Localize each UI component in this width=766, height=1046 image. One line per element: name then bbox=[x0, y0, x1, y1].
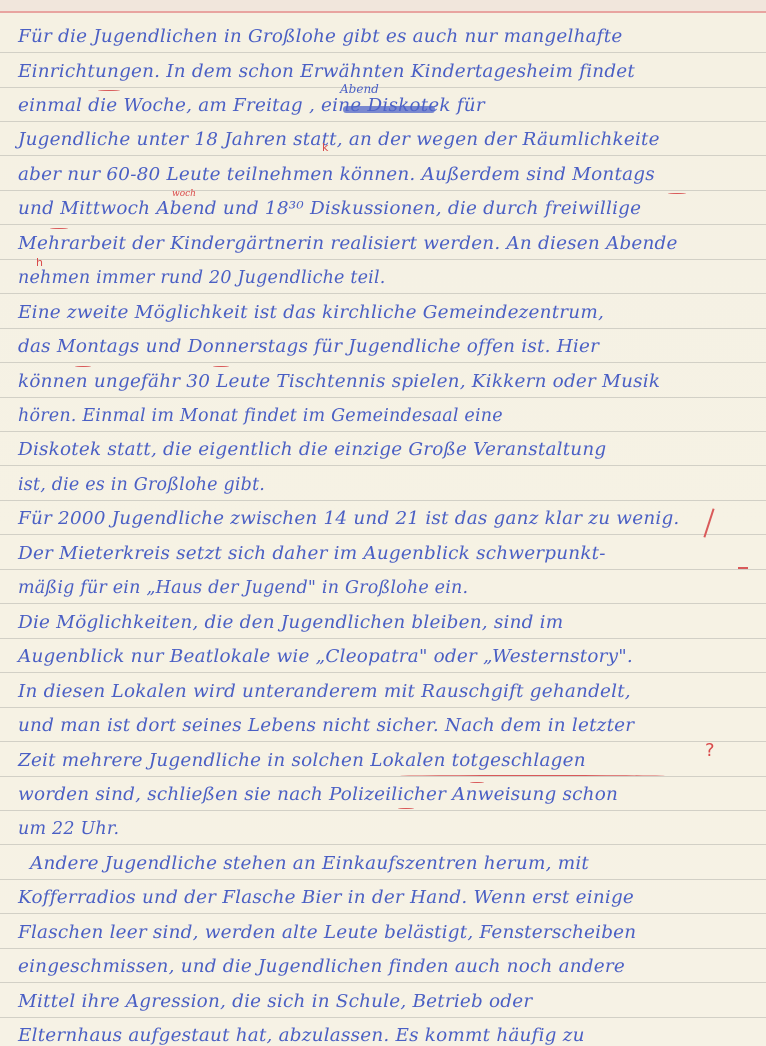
text-line: ist, die es in Großlohe gibt. bbox=[18, 473, 265, 497]
red-correction-h: h bbox=[36, 256, 43, 269]
ruled-line bbox=[0, 913, 766, 914]
ruled-line bbox=[0, 465, 766, 466]
ruled-line bbox=[0, 741, 766, 742]
red-correction-k: k bbox=[322, 141, 328, 154]
red-underline-donnerstags bbox=[213, 366, 229, 367]
ruled-line bbox=[0, 534, 766, 535]
text-line: um 22 Uhr. bbox=[18, 817, 119, 841]
red-underline-erwaehnten bbox=[98, 90, 120, 91]
text-line: worden sind, schließen sie nach Polizeil… bbox=[18, 783, 618, 807]
text-line: hören. Einmal im Monat findet im Gemeind… bbox=[18, 404, 503, 428]
text-line: Für 2000 Jugendliche zwischen 14 und 21 … bbox=[18, 507, 679, 531]
ruled-line bbox=[0, 224, 766, 225]
ruled-line bbox=[0, 844, 766, 845]
ruled-line bbox=[0, 982, 766, 983]
red-underline-totgeschlagen bbox=[400, 775, 665, 776]
text-line: Flaschen leer sind, werden alte Leute be… bbox=[18, 921, 636, 945]
red-underline-montags bbox=[668, 193, 686, 194]
text-line: können ungefähr 30 Leute Tischtennis spi… bbox=[18, 370, 660, 394]
text-line: nehmen immer rund 20 Jugendliche teil. bbox=[18, 266, 386, 290]
ruled-line bbox=[0, 810, 766, 811]
text-line: Kofferradios und der Flasche Bier in der… bbox=[18, 886, 634, 910]
ruled-line bbox=[0, 500, 766, 501]
insertion-abend: Abend bbox=[340, 82, 379, 96]
text-line: das Montags und Donnerstags für Jugendli… bbox=[18, 335, 599, 359]
page-top-band bbox=[0, 0, 766, 11]
text-line: Die Möglichkeiten, die den Jugendlichen … bbox=[18, 611, 563, 635]
text-line: Für die Jugendlichen in Großlohe gibt es… bbox=[18, 25, 622, 49]
notebook-page: Für die Jugendlichen in Großlohe gibt es… bbox=[0, 0, 766, 1046]
ruled-line bbox=[0, 638, 766, 639]
ruled-line bbox=[0, 879, 766, 880]
text-line: Diskotek statt, die eigentlich die einzi… bbox=[18, 438, 606, 462]
text-line: Eine zweite Möglichkeit ist das kirchlic… bbox=[18, 301, 604, 325]
ruled-line bbox=[0, 603, 766, 604]
crossed-out-word bbox=[343, 106, 435, 113]
ruled-line bbox=[0, 52, 766, 53]
text-line: Mittel ihre Agression, die sich in Schul… bbox=[18, 990, 532, 1014]
red-hyphen-mark bbox=[738, 567, 748, 569]
ruled-line bbox=[0, 672, 766, 673]
ruled-line bbox=[0, 121, 766, 122]
ruled-line bbox=[0, 328, 766, 329]
text-line: In diesen Lokalen wird unteranderem mit … bbox=[18, 680, 631, 704]
red-underline-montags-2 bbox=[75, 366, 91, 367]
text-line: Einrichtungen. In dem schon Erwähnten Ki… bbox=[18, 60, 635, 84]
ruled-line bbox=[0, 293, 766, 294]
red-header-rule bbox=[0, 11, 766, 13]
text-line: und man ist dort seines Lebens nicht sic… bbox=[18, 714, 634, 738]
ruled-line bbox=[0, 190, 766, 191]
red-underline-nach-dem bbox=[470, 782, 484, 783]
text-line: mäßig für ein „Haus der Jugend" in Großl… bbox=[18, 576, 468, 600]
red-underline-mittwoch bbox=[50, 228, 68, 229]
ruled-line bbox=[0, 431, 766, 432]
red-slash-mark bbox=[703, 508, 714, 537]
insertion-woch: woch bbox=[172, 189, 196, 199]
ruled-line bbox=[0, 397, 766, 398]
text-line: Jugendliche unter 18 Jahren statt, an de… bbox=[18, 128, 660, 152]
text-line: Andere Jugendliche stehen an Einkaufszen… bbox=[30, 852, 589, 876]
text-line: Augenblick nur Beatlokale wie „Cleopatra… bbox=[18, 645, 633, 669]
red-question-mark: ? bbox=[705, 740, 715, 761]
text-line: und Mittwoch Abend und 18³⁰ Diskussionen… bbox=[18, 197, 641, 221]
text-line: Elternhaus aufgestaut hat, abzulassen. E… bbox=[18, 1024, 585, 1046]
red-underline-polizeilicher bbox=[398, 808, 414, 809]
text-line: eingeschmissen, und die Jugendlichen fin… bbox=[18, 955, 625, 979]
text-line: Der Mieterkreis setzt sich daher im Auge… bbox=[18, 542, 606, 566]
ruled-line bbox=[0, 569, 766, 570]
ruled-line bbox=[0, 87, 766, 88]
ruled-line bbox=[0, 1017, 766, 1018]
ruled-line bbox=[0, 362, 766, 363]
ruled-line bbox=[0, 948, 766, 949]
text-line: aber nur 60-80 Leute teilnehmen können. … bbox=[18, 163, 655, 187]
text-line: Mehrarbeit der Kindergärtnerin realisier… bbox=[18, 232, 678, 256]
text-line: Zeit mehrere Jugendliche in solchen Loka… bbox=[18, 749, 586, 773]
ruled-line bbox=[0, 155, 766, 156]
ruled-line bbox=[0, 259, 766, 260]
ruled-line bbox=[0, 707, 766, 708]
